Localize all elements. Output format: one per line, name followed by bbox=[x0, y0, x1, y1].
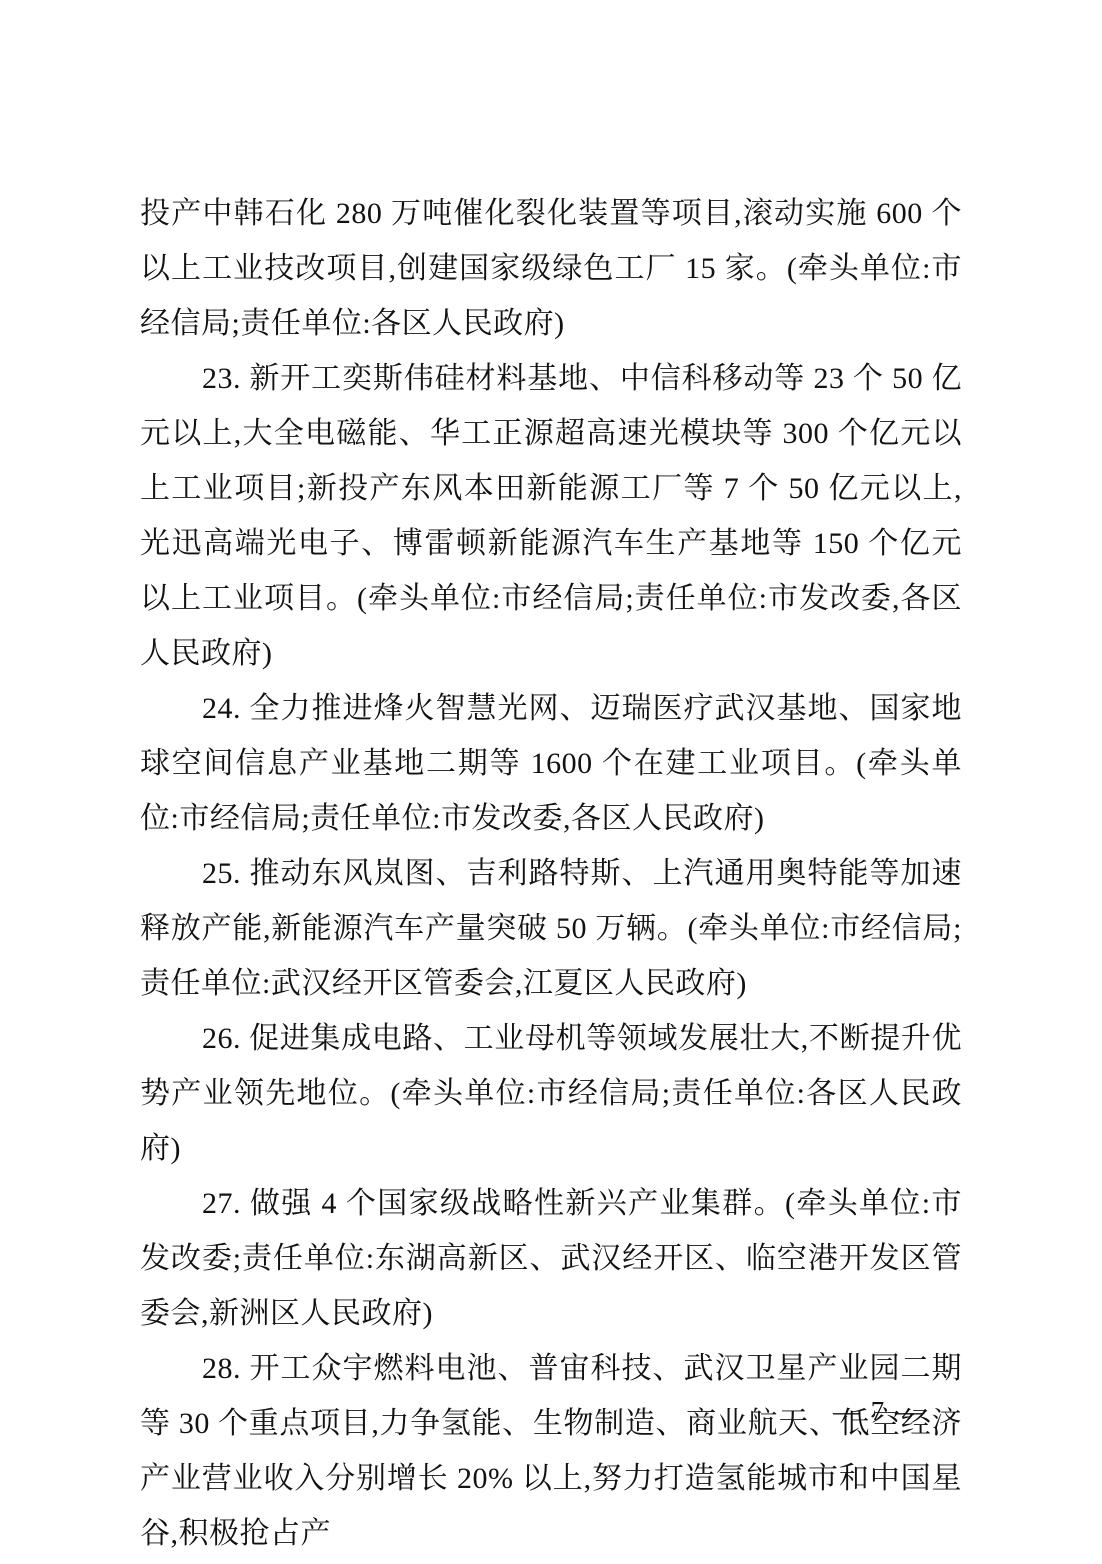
paragraph: 25. 推动东风岚图、吉利路特斯、上汽通用奥特能等加速释放产能,新能源汽车产量突… bbox=[140, 846, 962, 1011]
document-page: 投产中韩石化 280 万吨催化裂化装置等项目,滚动实施 600 个以上工业技改项… bbox=[0, 0, 1102, 1564]
document-body: 投产中韩石化 280 万吨催化裂化装置等项目,滚动实施 600 个以上工业技改项… bbox=[140, 186, 962, 1561]
paragraph: 24. 全力推进烽火智慧光网、迈瑞医疗武汉基地、国家地球空间信息产业基地二期等 … bbox=[140, 681, 962, 846]
paragraph: 26. 促进集成电路、工业母机等领域发展壮大,不断提升优势产业领先地位。(牵头单… bbox=[140, 1011, 962, 1176]
paragraph: 投产中韩石化 280 万吨催化裂化装置等项目,滚动实施 600 个以上工业技改项… bbox=[140, 186, 962, 351]
paragraph: 28. 开工众宇燃料电池、普宙科技、武汉卫星产业园二期等 30 个重点项目,力争… bbox=[140, 1341, 962, 1561]
paragraph: 23. 新开工奕斯伟硅材料基地、中信科移动等 23 个 50 亿元以上,大全电磁… bbox=[140, 351, 962, 681]
paragraph: 27. 做强 4 个国家级战略性新兴产业集群。(牵头单位:市发改委;责任单位:东… bbox=[140, 1176, 962, 1341]
page-number: — 7 — bbox=[833, 1396, 924, 1427]
